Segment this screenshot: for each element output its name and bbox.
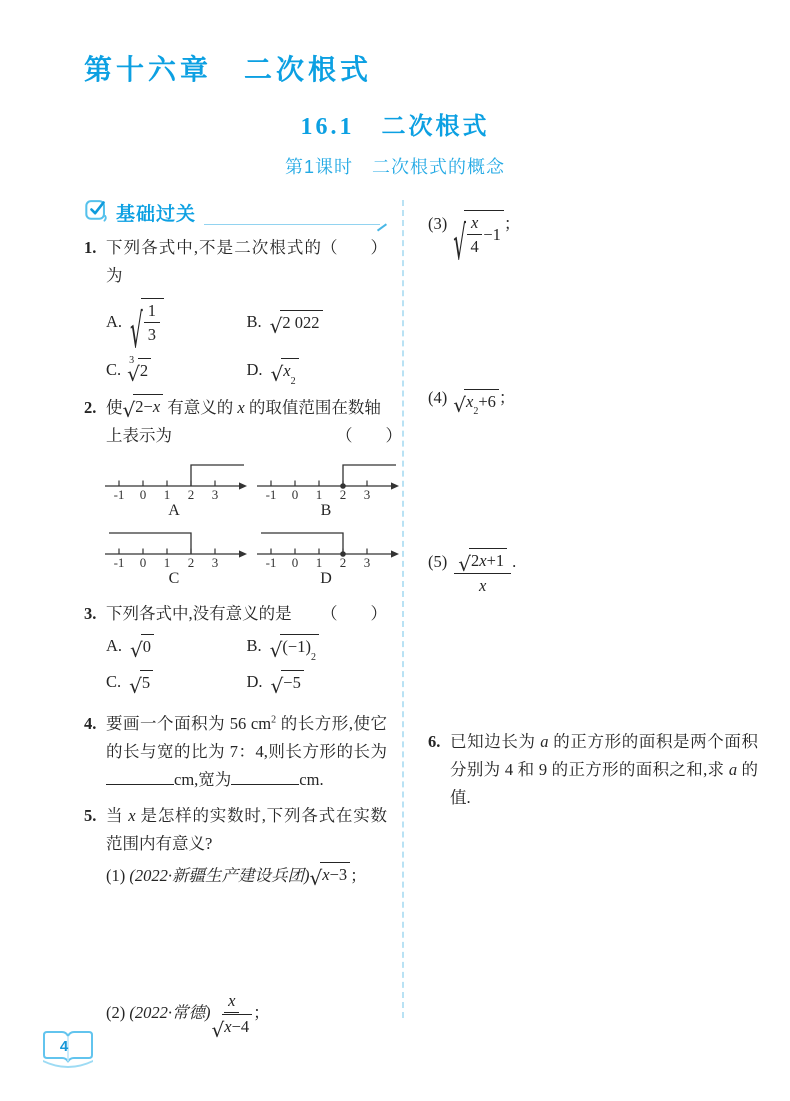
math-variable: x xyxy=(224,1016,231,1037)
checkbox-check-icon xyxy=(84,196,110,228)
svg-text:1: 1 xyxy=(316,555,323,570)
option-label: A. xyxy=(106,308,122,336)
svg-text:2: 2 xyxy=(340,487,347,502)
radical-sign: √ xyxy=(271,678,284,694)
option-label: C. xyxy=(106,356,121,384)
svg-text:1: 1 xyxy=(164,487,171,502)
q5-sub3: (3) √x4−1； xyxy=(428,210,520,258)
answer-brackets: （ ） xyxy=(321,600,387,628)
math-variable: x xyxy=(228,991,235,1010)
math-variable: x xyxy=(479,550,486,571)
numberline-option-d: -10123 D xyxy=(250,524,402,588)
q2-stem-line2: 上表示为 xyxy=(106,422,172,450)
svg-text:-1: -1 xyxy=(266,487,277,502)
question-1: 1. 下列各式中,不是二次根式的为 （ ） A. √13 B. √2 022 xyxy=(84,234,387,388)
exam-source: (2022·常德) xyxy=(129,1003,210,1022)
section-badge: 基础过关 xyxy=(84,198,387,228)
badge-rule xyxy=(204,202,387,228)
q1-stem: 下列各式中,不是二次根式的为 xyxy=(106,234,321,290)
option-label: C. xyxy=(106,668,121,696)
radical: √(−1)2 xyxy=(270,634,319,657)
radical: √2−x xyxy=(123,394,164,417)
radical: √x2 xyxy=(271,358,299,381)
punctuation: ； xyxy=(350,866,367,885)
q5-sub1: (1) (2022·新疆生产建设兵团)√x−3； xyxy=(106,862,387,890)
question-number: 3. xyxy=(84,600,106,700)
option-label: A. xyxy=(106,632,122,660)
svg-text:3: 3 xyxy=(364,555,371,570)
numberline-svg: -10123 xyxy=(99,456,249,504)
chapter-title: 第十六章 二次根式 xyxy=(84,48,372,88)
svg-text:0: 0 xyxy=(292,555,299,570)
numberline-option-c: -10123 C xyxy=(98,524,250,588)
radical-sign: √ xyxy=(453,397,466,413)
punctuation: ； xyxy=(253,1003,270,1022)
left-column: 基础过关 1. 下列各式中,不是二次根式的为 （ ） A. √13 xyxy=(84,198,387,1039)
answer-brackets: （ ） xyxy=(336,422,402,450)
fraction-denominator: 4 xyxy=(471,235,479,257)
q6-stem-part: 已知边长为 xyxy=(450,732,540,751)
column-divider xyxy=(402,200,404,1018)
sub-question-number: (3) xyxy=(428,210,447,258)
radicand: 2 xyxy=(471,550,479,571)
numberline-label: D xyxy=(320,570,332,588)
radical: √x−3 xyxy=(310,862,351,885)
radical: √2x+1 xyxy=(458,548,507,571)
question-4: 4. 要画一个面积为 56 cm2 的长方形,使它的长与宽的比为 7：4,则长方… xyxy=(84,710,387,794)
question-6: 6. 已知边长为 a 的正方形的面积是两个面积分别为 4 和 9 的正方形的面积… xyxy=(428,728,758,812)
math-variable: x xyxy=(283,360,290,381)
svg-text:3: 3 xyxy=(212,487,219,502)
radicand: +1 xyxy=(487,550,505,571)
radical: √13 xyxy=(130,298,164,346)
question-3: 3. 下列各式中,没有意义的是 （ ） A. √0 B. √(−1)2 xyxy=(84,600,387,700)
svg-text:0: 0 xyxy=(140,555,147,570)
radical: √−5 xyxy=(271,670,304,693)
option-b: B. √2 022 xyxy=(247,298,388,346)
fraction: x√x−4 xyxy=(212,990,253,1039)
radicand: −4 xyxy=(232,1016,250,1037)
math-variable: x xyxy=(322,864,329,885)
math-variable: x xyxy=(479,576,486,595)
q1-options: A. √13 B. √2 022 C. 3√2 xyxy=(106,298,387,384)
math-variable: x xyxy=(466,391,473,412)
sub-question-number: (4) xyxy=(428,384,447,412)
option-a: A. √13 xyxy=(106,298,247,346)
option-b: B. √(−1)2 xyxy=(247,632,388,660)
option-d: D. √x2 xyxy=(247,356,388,384)
svg-text:3: 3 xyxy=(212,555,219,570)
radical-sign: √ xyxy=(129,678,142,694)
radical: √2 022 xyxy=(270,310,323,333)
math-variable: x xyxy=(153,396,160,417)
radical-sign: √ xyxy=(458,556,471,572)
numberline-label: C xyxy=(169,570,180,588)
option-label: B. xyxy=(247,632,262,660)
q3-stem: 下列各式中,没有意义的是 xyxy=(106,600,292,628)
radicand: +6 xyxy=(478,391,496,412)
sub-question-number: (5) xyxy=(428,548,447,597)
q4-stem-part: 要画一个面积为 56 cm xyxy=(106,714,271,733)
radical-sign: √ xyxy=(130,312,143,351)
numberline-label: A xyxy=(168,502,180,520)
option-label: B. xyxy=(247,308,262,336)
q2-stem-part: 使 xyxy=(106,398,123,417)
q5-sub4: (4) √x2+6； xyxy=(428,384,515,412)
numberline-option-b: -10123 B xyxy=(250,456,402,520)
radical: √0 xyxy=(130,634,154,657)
svg-text:1: 1 xyxy=(316,487,323,502)
svg-text:2: 2 xyxy=(340,555,347,570)
radical-sign: √ xyxy=(123,402,136,418)
math-variable: a xyxy=(540,732,548,751)
numberline-label: B xyxy=(321,502,332,520)
option-a: A. √0 xyxy=(106,632,247,660)
svg-text:-1: -1 xyxy=(266,555,277,570)
page-number: 4 xyxy=(60,1038,69,1055)
svg-text:1: 1 xyxy=(164,555,171,570)
right-column: (3) √x4−1； (4) √x2+6； (5) √2x+1x. 6. 已知边… xyxy=(428,198,758,1028)
q2-stem-part: 有意义的 xyxy=(163,398,237,417)
numberline-grid: -10123 A -10123 B -10123 C -10123 D xyxy=(98,456,402,592)
option-d: D. √−5 xyxy=(247,668,388,696)
svg-text:-1: -1 xyxy=(114,487,125,502)
q2-stem-part: 的取值范围在数轴 xyxy=(245,398,381,417)
answer-brackets: （ ） xyxy=(321,234,387,290)
q4-stem-part: cm,宽为 xyxy=(174,770,231,789)
question-2: 2. 使√2−x 有意义的 x 的取值范围在数轴 上表示为 （ ） -10123… xyxy=(84,394,387,594)
q5-stem-part: 当 xyxy=(106,806,128,825)
punctuation: . xyxy=(512,548,516,597)
punctuation: ； xyxy=(504,210,521,258)
svg-text:0: 0 xyxy=(292,487,299,502)
numberline-option-a: -10123 A xyxy=(98,456,250,520)
exam-source: (2022·新疆生产建设兵团) xyxy=(129,866,309,885)
punctuation: ； xyxy=(499,384,516,412)
radicand: −1 xyxy=(483,224,501,245)
question-5: 5. 当 x 是怎样的实数时,下列各式在实数范围内有意义? (1) (2022·… xyxy=(84,802,387,1039)
q5-sub5: (5) √2x+1x. xyxy=(428,548,516,597)
question-number: 1. xyxy=(84,234,106,388)
radical: √x4−1 xyxy=(453,210,504,258)
option-label: D. xyxy=(247,668,263,696)
radical-sign: √ xyxy=(270,642,283,658)
radicand: −3 xyxy=(330,864,348,885)
question-number: 5. xyxy=(84,802,106,1039)
answer-blank xyxy=(231,770,299,785)
q4-stem-part: cm. xyxy=(299,770,323,789)
numberline-svg: -10123 xyxy=(99,524,249,572)
radical-sign: √ xyxy=(310,870,323,886)
radical: √5 xyxy=(129,670,153,693)
radical: √x2+6 xyxy=(453,384,499,412)
svg-text:2: 2 xyxy=(188,555,195,570)
page-number-book-icon: 4 xyxy=(38,1026,98,1077)
sub-question-number: (2) xyxy=(106,1003,125,1022)
option-c: C. √5 xyxy=(106,668,247,696)
math-variable: x xyxy=(471,213,478,232)
radical-sign: √ xyxy=(453,224,466,263)
radical-sign: √ xyxy=(130,642,143,658)
fraction: √2x+1x xyxy=(454,548,511,597)
question-number: 6. xyxy=(428,728,450,812)
badge-title: 基础过关 xyxy=(116,202,196,228)
svg-text:3: 3 xyxy=(364,487,371,502)
svg-text:2: 2 xyxy=(188,487,195,502)
radicand: 2− xyxy=(135,396,153,417)
option-label: D. xyxy=(247,356,263,384)
sub-question-number: (1) xyxy=(106,866,125,885)
svg-text:0: 0 xyxy=(140,487,147,502)
numberline-svg: -10123 xyxy=(251,524,401,572)
radical-sign: √ xyxy=(270,318,283,334)
answer-blank xyxy=(106,770,174,785)
q5-stem-part: 是怎样的实数时,下列各式在实数范围内有意义? xyxy=(106,806,387,853)
radical-sign: √ xyxy=(212,1022,225,1038)
radical-sign: √ xyxy=(271,366,284,382)
root-index: 3 xyxy=(129,347,134,375)
numberline-svg: -10123 xyxy=(251,456,401,504)
q5-sub2: (2) (2022·常德)x√x−4； xyxy=(106,990,387,1039)
radical: √x−4 xyxy=(212,1014,253,1037)
lesson-title: 第1课时 二次根式的概念 xyxy=(0,153,790,179)
radicand: (−1) xyxy=(282,636,311,657)
math-variable: x xyxy=(128,806,135,825)
math-variable: a xyxy=(729,760,737,779)
workbook-page: 第十六章 二次根式 16.1 二次根式 第1课时 二次根式的概念 基础过关 1.… xyxy=(0,0,790,1101)
fraction-denominator: 3 xyxy=(148,323,156,345)
option-c: C. 3√2 xyxy=(106,356,247,384)
math-variable: x xyxy=(237,398,244,417)
fraction-numerator: 1 xyxy=(144,300,160,323)
question-number: 4. xyxy=(84,710,106,794)
section-title: 16.1 二次根式 xyxy=(0,106,790,141)
svg-text:-1: -1 xyxy=(114,555,125,570)
